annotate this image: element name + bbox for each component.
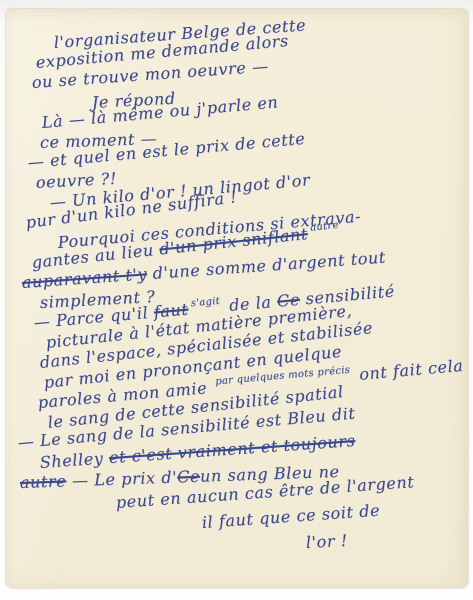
manuscript-text: Shelley <box>39 448 110 472</box>
manuscript-text: — Le prix d' <box>66 468 178 491</box>
inserted-text: s'agit <box>190 292 221 314</box>
struck-text: autre <box>20 471 67 492</box>
manuscript-text: l'or ! <box>305 531 348 552</box>
inserted-text: autre <box>309 216 340 239</box>
scanned-document: l'organisateur Belge de cetteexposition … <box>0 0 473 600</box>
struck-text: Ce <box>177 467 201 487</box>
manuscript-text-block: l'organisateur Belge de cetteexposition … <box>6 33 468 588</box>
paper-sheet: l'organisateur Belge de cetteexposition … <box>6 9 468 588</box>
manuscript-line: l'or ! <box>305 525 468 553</box>
manuscript-text: il faut que ce soit de <box>201 501 380 532</box>
